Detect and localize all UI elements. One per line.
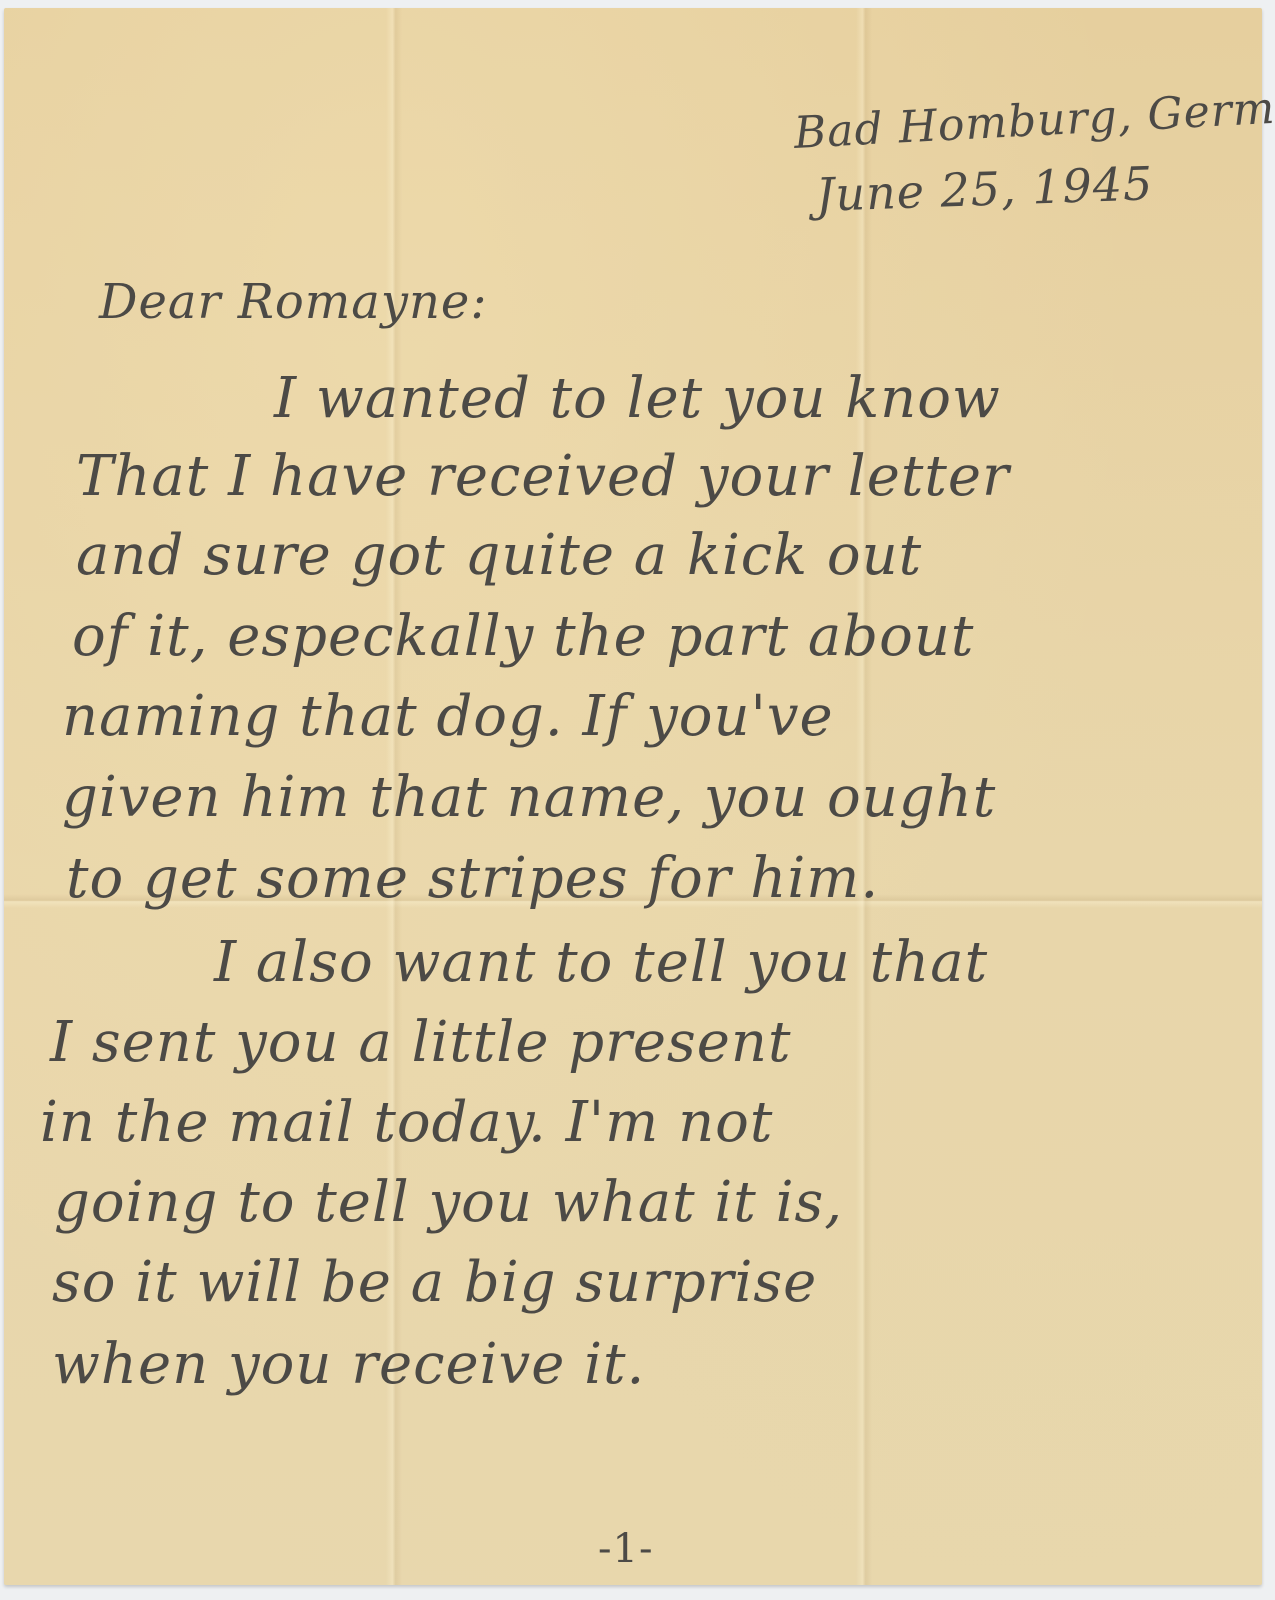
page-number: -1- bbox=[598, 1526, 653, 1572]
letter-date: June 25, 1945 bbox=[815, 156, 1154, 222]
letter-line: of it, especkally the part about bbox=[72, 604, 974, 669]
letter-line: to get some stripes for him. bbox=[66, 846, 879, 911]
letter-line: in the mail today. I'm not bbox=[40, 1090, 773, 1155]
letter-line: That I have received your letter bbox=[76, 444, 1010, 509]
letter-line: so it will be a big surprise bbox=[52, 1250, 817, 1315]
letter-line: I wanted to let you know bbox=[274, 366, 1001, 431]
letter-page: Bad Homburg, Germany June 25, 1945 Dear … bbox=[4, 8, 1262, 1585]
letter-line: naming that dog. If you've bbox=[62, 684, 834, 749]
letter-line: I sent you a little present bbox=[50, 1010, 791, 1075]
letter-line: when you receive it. bbox=[52, 1332, 645, 1397]
letter-line: going to tell you what it is, bbox=[54, 1170, 843, 1235]
letter-line: and sure got quite a kick out bbox=[76, 523, 922, 588]
letter-line: given him that name, you ought bbox=[62, 765, 996, 830]
letter-salutation: Dear Romayne: bbox=[99, 274, 488, 330]
letter-line: I also want to tell you that bbox=[214, 930, 988, 995]
